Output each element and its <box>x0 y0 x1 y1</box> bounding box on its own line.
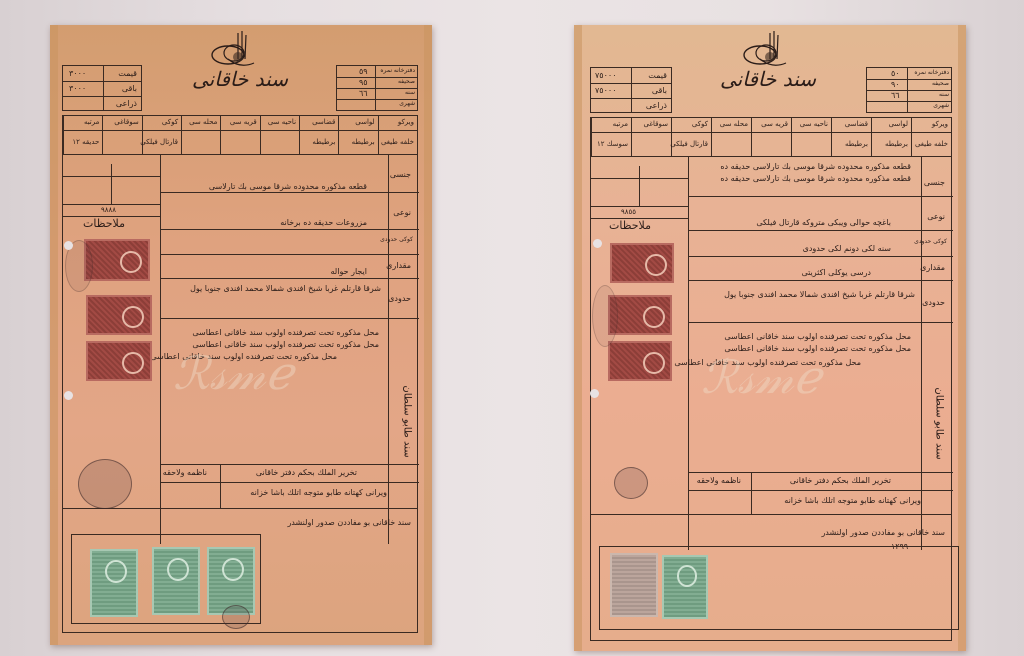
price-value: ٣٠٠٠ <box>69 69 86 78</box>
official-seal <box>614 467 648 499</box>
year-value: ٦٦ <box>891 91 900 100</box>
location-column: ويركوخلفه طيغى <box>911 118 951 156</box>
column-value: قارتال فيلكى <box>670 140 708 148</box>
year-label: سنه <box>939 91 949 98</box>
row-label-kind: نوعى <box>393 208 411 217</box>
column-heading: كوكى <box>692 120 708 128</box>
location-column: مرتبهحديقه ١٢ <box>63 116 102 154</box>
register-number-value: ٥٠ <box>891 69 900 78</box>
official-seal <box>78 459 132 509</box>
location-column: قضاسىبرطيطه <box>831 118 871 156</box>
paper-edge <box>50 25 58 645</box>
location-column: سوقاغى <box>102 116 141 154</box>
column-heading: كوكى <box>162 118 178 126</box>
footer-middle-label: تخرير الملك بحكم دفتر خاقانى <box>790 476 891 485</box>
column-value: خلفه طيغى <box>915 140 948 148</box>
location-column: لواسىبرطيطه <box>871 118 911 156</box>
faded-seal <box>592 285 618 347</box>
bottom-paragraph: سند خاقانى بو مفاددن صدور اولنشدر <box>287 518 411 527</box>
paper-edge <box>958 25 966 651</box>
punch-hole <box>64 241 73 250</box>
page-value: ٩٥ <box>359 78 368 87</box>
footer-text: ويرانى كهتانه طابو متوجه اتلك باشا خزانه <box>784 496 921 505</box>
register-number-label: دفترخانه نمره <box>380 67 415 74</box>
footer-middle-label: تخرير الملك بحكم دفتر خاقانى <box>256 468 357 477</box>
punch-hole <box>590 389 599 398</box>
side-vertical-text: سند طابو سلطان <box>402 385 413 457</box>
document-title: سند خاقانی <box>720 67 816 91</box>
column-heading: قريه سى <box>761 120 788 128</box>
revenue-stamp-red <box>84 239 150 281</box>
row-label-kind: نوعى <box>927 212 945 221</box>
side-vertical-text: سند طابو سلطان <box>934 387 945 459</box>
column-value: برطيطه <box>312 138 335 146</box>
row-value-amount: درسى يوكلى اكثريتى <box>801 268 871 277</box>
title-deed-left: سند خاقانی قيمت ٣٠٠٠ باقى ٣٠٠٠ ذراعى دفت… <box>50 25 432 645</box>
location-header-row: ويركوخلفه طيغىلواسىبرطيطهقضاسىبرطيطهناحي… <box>63 116 417 154</box>
remaining-value: ٣٠٠٠ <box>69 84 86 93</box>
serial-number: ٩٨٥٥ <box>621 208 636 216</box>
area-label: ذراعى <box>116 99 137 108</box>
row-value-borders: شرقا قارتلم غربا شيخ افندى شمالا محمد اف… <box>190 284 381 293</box>
column-heading: ويركو <box>932 120 948 128</box>
column-heading: قضاسى <box>845 120 868 128</box>
location-column: قضاسىبرطيطه <box>299 116 338 154</box>
row-value-amount: ايجار حواله <box>331 267 367 276</box>
location-column: لواسىبرطيطه <box>338 116 377 154</box>
row-value-type: قطعه مذكوره محدوده شرقا موسى بك تارلاسى <box>209 182 367 191</box>
remaining-label: باقى <box>122 84 137 93</box>
revenue-stamp-red <box>86 295 152 335</box>
register-box: دفترخانه نمره ٥٠ صحيفه ٩٠ سنه ٦٦ شهرى <box>866 67 952 113</box>
footer-left-label: ناظمه ولاحقه <box>163 468 207 477</box>
page-label: صحيفه <box>932 80 949 87</box>
revenue-stamp-red <box>610 243 674 283</box>
location-column: قريه سى <box>751 118 791 156</box>
location-column: ناحيه سى <box>260 116 299 154</box>
title-deed-right: سند خاقانی قيمت ٧٥٠٠٠ باقى ٧٥٠٠٠ ذراعى د… <box>574 25 966 651</box>
column-value: حديقه ١٢ <box>72 138 99 146</box>
column-value: برطيطه <box>885 140 908 148</box>
column-heading: ويركو <box>398 118 414 126</box>
small-seal <box>222 605 250 629</box>
column-heading: ناحيه سى <box>268 118 296 126</box>
price-box: قيمت ٧٥٠٠٠ باقى ٧٥٠٠٠ ذراعى <box>590 67 672 113</box>
location-column: كوكىقارتال فيلكى <box>671 118 711 156</box>
row-label-type: جنسى <box>924 178 945 187</box>
paper-edge <box>574 25 582 651</box>
column-value: برطيطه <box>845 140 868 148</box>
area-label: ذراعى <box>646 101 667 110</box>
column-heading: ناحيه سى <box>800 120 828 128</box>
column-heading: قريه سى <box>230 118 257 126</box>
location-column: ناحيه سى <box>791 118 831 156</box>
register-number-value: ٥٩ <box>359 67 368 76</box>
column-heading: سوقاغى <box>114 118 138 126</box>
column-heading: محله سى <box>720 120 748 128</box>
row-value-type: قطعه مذكوره محدوده شرقا موسى بك تارلاسى … <box>720 162 911 171</box>
revenue-stamp-red <box>86 341 152 381</box>
main-paragraph: محل مذكوره تحت تصرفنده اولوب سند خاقانى … <box>724 332 911 341</box>
punch-hole <box>593 239 602 248</box>
bottom-paragraph: سند خاقانى بو مفاددن صدور اولنشدر <box>821 528 945 537</box>
location-column: قريه سى <box>220 116 259 154</box>
main-paragraph: محل مذكوره تحت تصرفنده اولوب سند خاقانى … <box>192 328 379 337</box>
location-column: محله سى <box>181 116 220 154</box>
location-column: كوكىقارتال فيلكى <box>142 116 181 154</box>
row-label-type: جنسى <box>390 170 411 179</box>
month-label: شهرى <box>399 100 415 107</box>
row-value-kind: باغچه حوالى ويبكى متروكه قارتال فيلكى <box>756 218 891 227</box>
row-value-borders: شرقا قارتلم غربا شيخ افندى شمالا محمد اف… <box>724 290 915 299</box>
year-value: ٦٦ <box>359 89 368 98</box>
row-label-amount: مقدارى <box>920 263 945 272</box>
row-label-borders: حدودى <box>922 298 945 307</box>
column-heading: قضاسى <box>312 118 335 126</box>
month-label: شهرى <box>933 102 949 109</box>
footer-left-label: ناظمه ولاحقه <box>697 476 741 485</box>
column-heading: مرتبه <box>613 120 628 128</box>
remaining-label: باقى <box>652 86 667 95</box>
row-value-type-line2: قطعه مذكوره محدوده شرقا موسى بك تارلاسى … <box>720 174 911 183</box>
column-value: قارتال فيلكى <box>140 138 178 146</box>
remaining-value: ٧٥٠٠٠ <box>595 86 616 95</box>
column-value: خلفه طيغى <box>381 138 414 146</box>
price-label: قيمت <box>118 69 137 78</box>
revenue-stamp-green <box>90 549 138 617</box>
location-column: ويركوخلفه طيغى <box>378 116 417 154</box>
paper-edge <box>424 25 432 645</box>
row-label-borders: حدودى <box>388 294 411 303</box>
row-label-boundaries: كوكى حدودى <box>380 236 413 243</box>
column-heading: لواسى <box>355 118 374 126</box>
location-header-row: ويركوخلفه طيغىلواسىبرطيطهقضاسىبرطيطهناحي… <box>591 118 951 156</box>
price-label: قيمت <box>648 71 667 80</box>
register-box: دفترخانه نمره ٥٩ صحيفه ٩٥ سنه ٦٦ شهرى <box>336 65 418 111</box>
serial-number: ٩٨٨٨ <box>101 206 116 214</box>
page-label: صحيفه <box>398 78 415 85</box>
row-value-kind: مزروعات حديقه ده برخانه <box>280 218 367 227</box>
column-heading: مرتبه <box>84 118 99 126</box>
price-value: ٧٥٠٠٠ <box>595 71 616 80</box>
register-number-label: دفترخانه نمره <box>914 69 949 76</box>
document-title: سند خاقانی <box>192 67 288 91</box>
revenue-stamp-gray <box>610 553 658 617</box>
footer-text: ويرانى كهتانه طابو متوجه اتلك باشا خزانه <box>250 488 387 497</box>
notes-heading: ملاحظات <box>609 219 651 232</box>
location-column: محله سى <box>711 118 751 156</box>
row-value-boundaries: سنه لكى دونم لكى حدودى <box>803 244 891 253</box>
column-heading: محله سى <box>189 118 217 126</box>
page-value: ٩٠ <box>891 80 900 89</box>
column-value: سوسك ١٢ <box>597 140 628 148</box>
column-heading: سوقاغى <box>644 120 668 128</box>
location-column: مرتبهسوسك ١٢ <box>591 118 631 156</box>
column-value: برطيطه <box>352 138 375 146</box>
row-label-amount: مقدارى <box>386 261 411 270</box>
location-column: سوقاغى <box>631 118 671 156</box>
price-box: قيمت ٣٠٠٠ باقى ٣٠٠٠ ذراعى <box>62 65 142 111</box>
year-label: سنه <box>405 89 415 96</box>
watermark: ℛ𝓈𝓂ℯ <box>701 350 821 406</box>
punch-hole <box>64 391 73 400</box>
column-heading: لواسى <box>889 120 908 128</box>
row-label-boundaries: كوكى حدودى <box>914 238 947 245</box>
revenue-stamp-red <box>608 341 672 381</box>
revenue-stamp-green <box>662 555 708 619</box>
revenue-stamp-green <box>152 547 200 615</box>
watermark: ℛ𝓈𝓂ℯ <box>173 346 293 402</box>
notes-heading: ملاحظات <box>83 217 125 230</box>
